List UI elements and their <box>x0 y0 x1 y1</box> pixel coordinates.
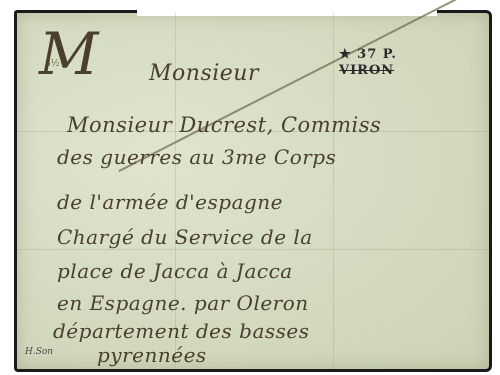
postmark-number: ★ 37 P. <box>339 47 397 62</box>
dealer-signature-mark: H.Son <box>25 347 53 357</box>
address-line: Monsieur Ducrest, Commiss <box>67 113 381 137</box>
address-line: département des basses <box>53 319 310 343</box>
paper-edge-notch <box>137 10 437 16</box>
flourish-initial: M <box>39 25 98 83</box>
address-line: Chargé du Service de la <box>57 225 313 249</box>
address-line: Monsieur <box>149 61 259 86</box>
address-line: des guerres au 3me Corps <box>57 145 336 169</box>
fold-line <box>333 13 334 369</box>
letter-cover: 8½ M ★ 37 P. VIRON Monsieur Monsieur Duc… <box>14 10 492 372</box>
fold-line <box>17 249 489 250</box>
address-line: en Espagne. par Oleron <box>57 291 309 315</box>
postmark-town: VIRON <box>339 63 394 78</box>
address-line: pyrennées <box>97 343 207 367</box>
address-line: place de Jacca à Jacca <box>57 259 293 283</box>
address-line: de l'armée d'espagne <box>57 190 283 214</box>
